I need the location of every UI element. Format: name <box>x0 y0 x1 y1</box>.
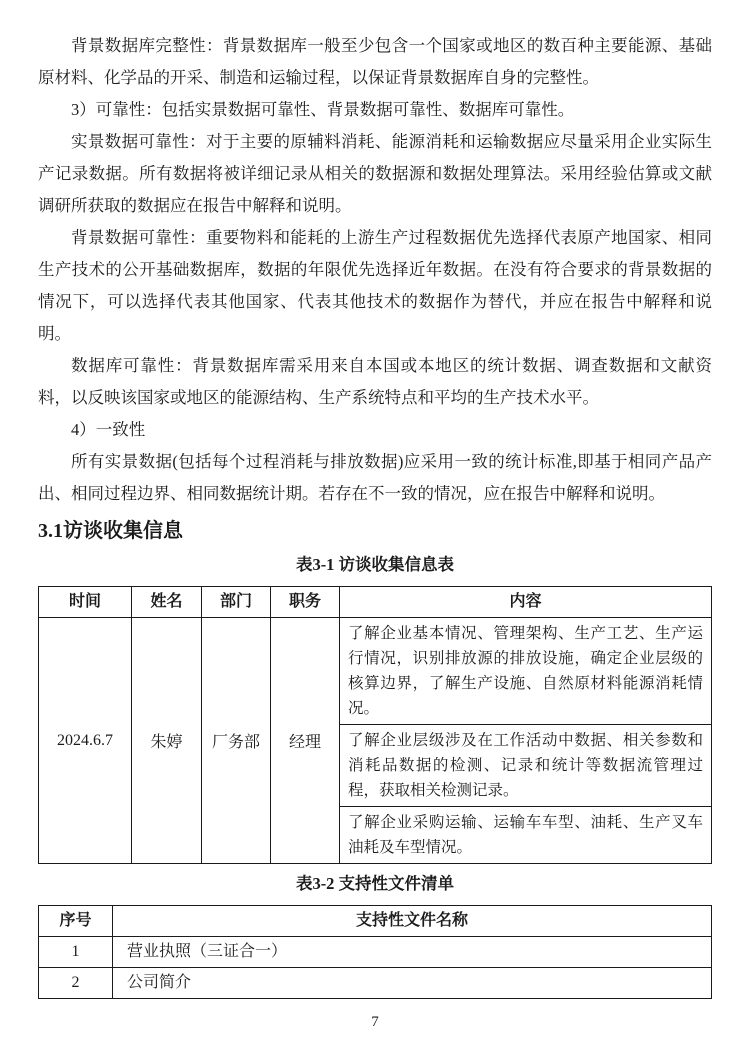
col-header-department: 部门 <box>202 587 271 618</box>
paragraph-reliability-intro: 3）可靠性：包括实景数据可靠性、背景数据可靠性、数据库可靠性。 <box>38 94 712 126</box>
interview-info-table: 时间 姓名 部门 职务 内容 2024.6.7 朱婷 厂务部 经理 了解企业基本… <box>38 586 712 864</box>
cell-content-3: 了解企业采购运输、运输车车型、油耗、生产叉车油耗及车型情况。 <box>340 807 712 864</box>
col-header-time: 时间 <box>39 587 132 618</box>
documents-table-row-2: 2 公司简介 <box>39 968 712 999</box>
section-heading-3-1: 3.1访谈收集信息 <box>38 517 712 545</box>
cell-document-1: 营业执照（三证合一） <box>113 937 712 968</box>
cell-serial-1: 1 <box>39 937 113 968</box>
paragraph-consistency-heading: 4）一致性 <box>38 414 712 446</box>
paragraph-background-data-reliability: 背景数据可靠性：重要物料和能耗的上游生产过程数据优先选择代表原产地国家、相同生产… <box>38 222 712 350</box>
cell-content-1: 了解企业基本情况、管理架构、生产工艺、生产运行情况，识别排放源的排放设施，确定企… <box>340 618 712 725</box>
supporting-documents-table: 序号 支持性文件名称 1 营业执照（三证合一） 2 公司简介 <box>38 905 712 999</box>
documents-table-header-row: 序号 支持性文件名称 <box>39 906 712 937</box>
cell-name: 朱婷 <box>132 618 202 864</box>
interview-table-row-1: 2024.6.7 朱婷 厂务部 经理 了解企业基本情况、管理架构、生产工艺、生产… <box>39 618 712 725</box>
cell-document-2: 公司简介 <box>113 968 712 999</box>
table2-caption: 表3-2 支持性文件清单 <box>38 873 712 895</box>
col-header-content: 内容 <box>340 587 712 618</box>
col-header-document-name: 支持性文件名称 <box>113 906 712 937</box>
document-page: 背景数据库完整性：背景数据库一般至少包含一个国家或地区的数百种主要能源、基础原材… <box>0 0 750 1061</box>
cell-serial-2: 2 <box>39 968 113 999</box>
interview-table-header-row: 时间 姓名 部门 职务 内容 <box>39 587 712 618</box>
page-number: 7 <box>38 1012 712 1032</box>
paragraph-consistency-body: 所有实景数据(包括每个过程消耗与排放数据)应采用一致的统计标准,即基于相同产品产… <box>38 446 712 510</box>
paragraph-background-db-completeness: 背景数据库完整性：背景数据库一般至少包含一个国家或地区的数百种主要能源、基础原材… <box>38 30 712 94</box>
paragraph-foreground-data-reliability: 实景数据可靠性：对于主要的原辅料消耗、能源消耗和运输数据应尽量采用企业实际生产记… <box>38 126 712 222</box>
cell-time: 2024.6.7 <box>39 618 132 864</box>
cell-department: 厂务部 <box>202 618 271 864</box>
col-header-serial: 序号 <box>39 906 113 937</box>
table1-caption: 表3-1 访谈收集信息表 <box>38 554 712 576</box>
col-header-name: 姓名 <box>132 587 202 618</box>
documents-table-row-1: 1 营业执照（三证合一） <box>39 937 712 968</box>
paragraph-database-reliability: 数据库可靠性：背景数据库需采用来自本国或本地区的统计数据、调查数据和文献资料，以… <box>38 350 712 414</box>
cell-content-2: 了解企业层级涉及在工作活动中数据、相关参数和消耗品数据的检测、记录和统计等数据流… <box>340 725 712 807</box>
cell-position: 经理 <box>271 618 340 864</box>
col-header-position: 职务 <box>271 587 340 618</box>
